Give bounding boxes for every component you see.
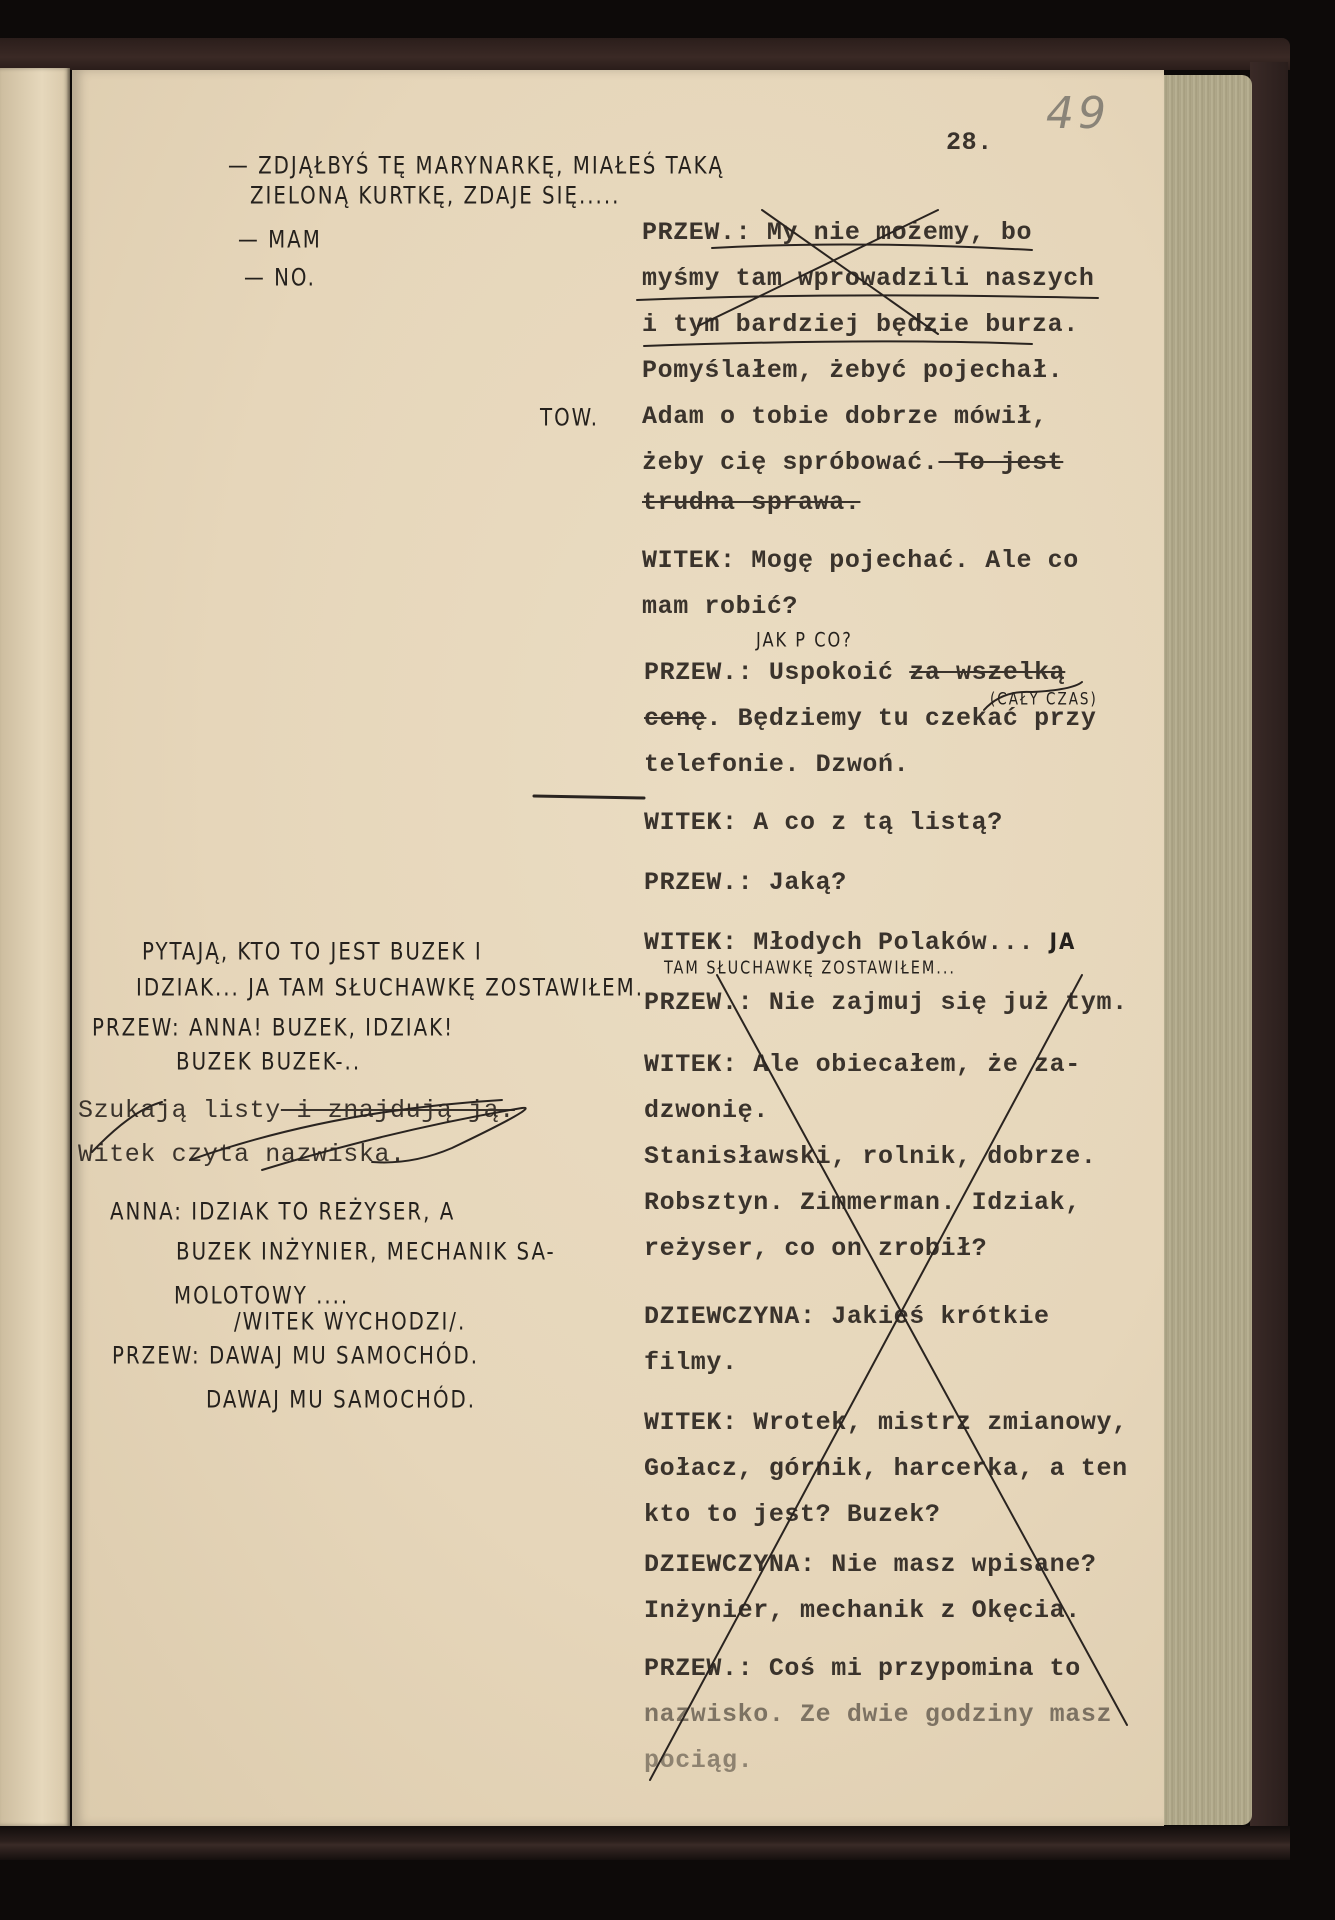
- script-line: dzwonię.: [644, 1096, 769, 1125]
- script-line: nazwisko. Ze dwie godziny masz: [644, 1700, 1112, 1729]
- handwritten-note-line: — MAM: [238, 227, 322, 255]
- script-line: WITEK: A co z tą listą?: [644, 808, 1003, 837]
- script-line: PRZEW.: My nie możemy, bo: [642, 218, 1032, 247]
- script-page: 28. 49 — ZDJĄŁBYŚ TĘ MARYNARKĘ, MIAŁEŚ T…: [72, 70, 1164, 1826]
- script-line: WITEK: Mogę pojechać. Ale co: [642, 546, 1079, 575]
- handwritten-note-line: /WITEK WYCHODZI/.: [234, 1309, 466, 1337]
- script-line: Gołacz, górnik, harcerka, a ten: [644, 1454, 1128, 1483]
- script-line: PRZEW.: Jaką?: [644, 868, 847, 897]
- stage-direction: Szukają listy i znajdują ją.: [78, 1096, 515, 1125]
- script-line: myśmy tam wprowadzili naszych: [642, 264, 1094, 293]
- script-line: żeby cię spróbować. To jest: [642, 448, 1063, 477]
- script-line: reżyser, co on zrobił?: [644, 1234, 987, 1263]
- script-line: WITEK: Młodych Polaków... JA: [644, 928, 1076, 957]
- page-block-edges: [1162, 75, 1252, 1825]
- left-facing-page-edge: [0, 68, 70, 1826]
- script-line: PRZEW.: Nie zajmuj się już tym.: [644, 988, 1128, 1017]
- struck-text: cenę: [644, 704, 706, 733]
- script-line: mam robić?: [642, 592, 798, 621]
- stage-direction: Witek czyta nazwiska.: [78, 1140, 406, 1169]
- script-line: filmy.: [644, 1348, 738, 1377]
- script-line: DZIEWCZYNA: Jakieś krótkie: [644, 1302, 1050, 1331]
- handwritten-note-line: DAWAJ MU SAMOCHÓD.: [206, 1387, 476, 1415]
- handwritten-note-line: PYTAJĄ, KTO TO JEST BUZEK I: [142, 939, 483, 967]
- handwritten-note-line: PRZEW: ANNA! BUZEK, IDZIAK!: [92, 1015, 454, 1043]
- stage-text: Szukają listy: [78, 1096, 281, 1125]
- handwritten-note-line: PRZEW: DAWAJ MU SAMOCHÓD.: [112, 1343, 479, 1371]
- script-text: PRZEW.: Uspokoić: [644, 658, 909, 687]
- handwritten-note-line: — NO.: [244, 265, 316, 293]
- script-text: WITEK: Młodych Polaków...: [644, 928, 1034, 957]
- script-line: PRZEW.: Coś mi przypomina to: [644, 1654, 1081, 1683]
- script-line: Pomyślałem, żebyć pojechał.: [642, 356, 1063, 385]
- script-line: Robsztyn. Zimmerman. Idziak,: [644, 1188, 1081, 1217]
- script-line: WITEK: Wrotek, mistrz zmianowy,: [644, 1408, 1128, 1437]
- strike-underline: [637, 295, 1098, 300]
- struck-text: za wszelką: [909, 658, 1065, 687]
- script-text: . Będziemy tu czekać przy: [706, 704, 1096, 733]
- handwritten-note-line: ANNA: IDZIAK TO REŻYSER, A: [110, 1199, 455, 1227]
- handwritten-note-line: BUZEK BUZEK-..: [176, 1049, 361, 1077]
- script-line: DZIEWCZYNA: Nie masz wpisane?: [644, 1550, 1096, 1579]
- script-line: kto to jest? Buzek?: [644, 1500, 940, 1529]
- margin-rule: [534, 796, 644, 798]
- struck-text: To jest: [938, 448, 1063, 477]
- handwritten-note-line: IDZIAK... JA TAM SŁUCHAWKĘ ZOSTAWIŁEM.: [136, 975, 644, 1003]
- typed-page-number: 28.: [946, 128, 993, 157]
- handwritten-insert: JAK P CO?: [756, 629, 853, 652]
- script-line: Inżynier, mechanik z Okęcia.: [644, 1596, 1081, 1625]
- script-line: Stanisławski, rolnik, dobrze.: [644, 1142, 1096, 1171]
- book-cover-bottom-edge: [0, 1826, 1290, 1860]
- handwritten-insert: JA: [1050, 930, 1077, 955]
- handwritten-note-line: BUZEK INŻYNIER, MECHANIK SA-: [176, 1239, 556, 1267]
- script-line: cenę. Będziemy tu czekać przy: [644, 704, 1096, 733]
- handwritten-note-line: ZIELONĄ KURTKĘ, ZDAJE SIĘ.....: [250, 183, 620, 211]
- script-line: Adam o tobie dobrze mówił,: [642, 402, 1048, 431]
- strike-underline: [644, 341, 1032, 346]
- book-cover-top-edge: [0, 38, 1290, 70]
- script-line: WITEK: Ale obiecałem, że za-: [644, 1050, 1081, 1079]
- margin-note-tow: TOW.: [540, 405, 599, 433]
- handwritten-note-line: — ZDJĄŁBYŚ TĘ MARYNARKĘ, MIAŁEŚ TAKĄ: [228, 153, 724, 181]
- script-line: pociąg.: [644, 1746, 753, 1775]
- struck-script-line: trudna sprawa.: [642, 488, 860, 517]
- script-line: PRZEW.: Uspokoić za wszelką: [644, 658, 1065, 687]
- script-text: żeby cię spróbować.: [642, 448, 938, 477]
- handwritten-note-line: MOLOTOWY ....: [174, 1283, 349, 1311]
- script-line: telefonie. Dzwoń.: [644, 750, 909, 779]
- pencil-page-number: 49: [1046, 88, 1110, 139]
- struck-text: i znajdują ją.: [281, 1096, 515, 1125]
- handwritten-insert: TAM SŁUCHAWKĘ ZOSTAWIŁEM...: [664, 957, 956, 978]
- script-line: i tym bardziej będzie burza.: [642, 310, 1079, 339]
- book-cover-right-edge: [1250, 62, 1288, 1832]
